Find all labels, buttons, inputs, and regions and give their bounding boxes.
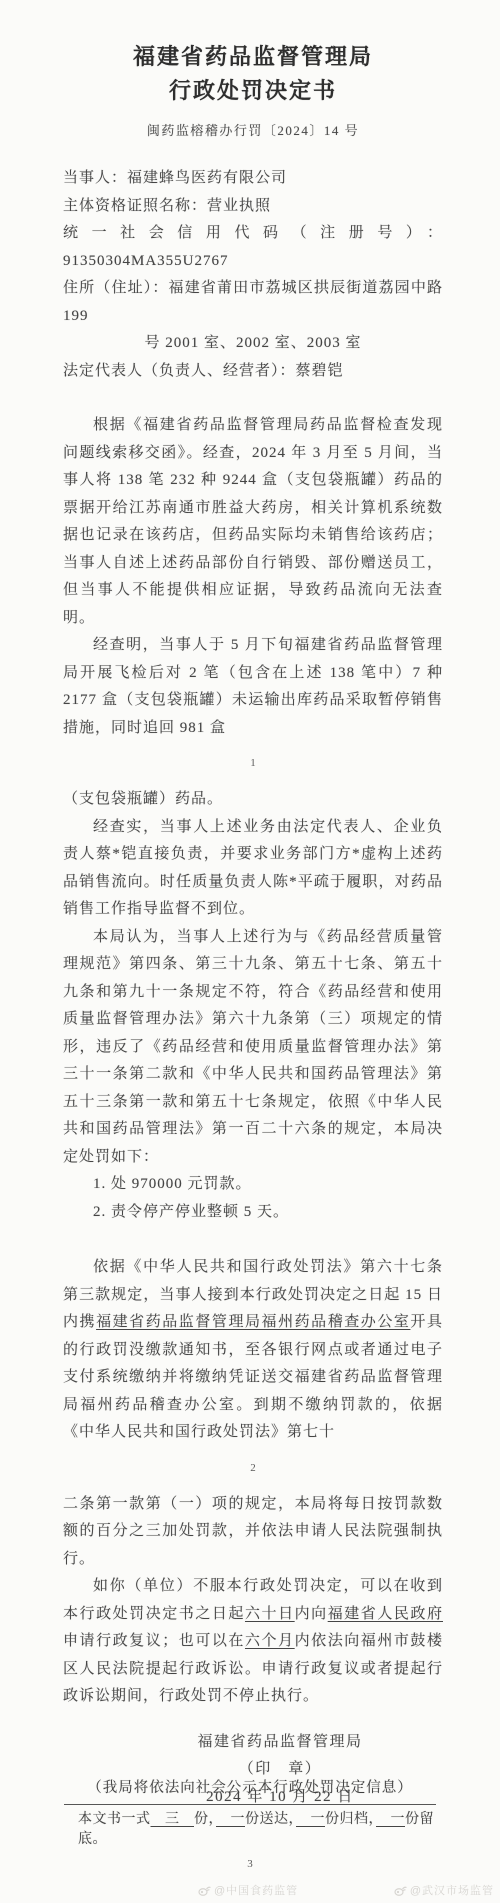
paragraph-facts-2b: （支包袋瓶罐）药品。 xyxy=(63,786,443,814)
paragraph-appeal: 如你（单位）不服本行政处罚决定，可以在收到本行政处罚决定书之日起六十日内向福建省… xyxy=(63,1573,443,1711)
appeal-government-underlined: 福建省人民政府 xyxy=(328,1606,443,1622)
document-footer: （我局将依法向社会公示本行政处罚决定信息） 本文书一式 三 份， 一份送达， 一… xyxy=(0,1776,500,1870)
paragraph-legal-basis: 本局认为，当事人上述行为与《药品经营质量管理规范》第四条、第三十九条、第五十七条… xyxy=(63,924,443,1172)
page-number-3: 3 xyxy=(0,1858,500,1870)
copies-text-1: 本文书一式 xyxy=(78,1812,151,1827)
watermark-right: @武汉市场监管 xyxy=(394,1882,494,1898)
doc-number: 闽药监榕稽办行罚〔2024〕14 号 xyxy=(63,120,443,139)
title-line-1: 福建省药品监督管理局 xyxy=(63,40,443,74)
paragraph-facts-1: 根据《福建省药品监督管理局药品监督检查发现问题线索移交函》。经查，2024 年 … xyxy=(63,412,443,632)
watermark-right-text: @武汉市场监管 xyxy=(410,1882,494,1898)
appeal-months-underlined: 六个月 xyxy=(245,1633,295,1649)
address-line-1: 住所（住址）：福建省莆田市荔城区拱辰街道荔园中路 199 xyxy=(63,275,443,330)
payment-office-underlined: 福建省药品监督管理局福州药品稽查办公室 xyxy=(96,1314,410,1330)
payment-text-2: 开具的行政罚没缴款通知书，至各银行网点或者通过电子支付系统缴纳并将缴纳凭证送交福… xyxy=(63,1314,443,1440)
legal-rep-line: 法定代表人（负责人、经营者）：蔡碧铠 xyxy=(63,358,443,386)
page-number-1: 1 xyxy=(63,757,443,769)
credit-code-line: 统一社会信用代码（注册号）：91350304MA355U2767 xyxy=(63,220,443,275)
penalty-item-2: 2. 责令停产停业整顿 5 天。 xyxy=(63,1199,443,1227)
watermark-left-text: @中国食药监管 xyxy=(214,1882,298,1898)
paragraph-facts-2a: 经查明，当事人于 5 月下旬福建省药品监督管理局开展飞检后对 2 笔（包含在上述… xyxy=(63,632,443,742)
document-page: 福建省药品监督管理局 行政处罚决定书 闽药监榕稽办行罚〔2024〕14 号 当事… xyxy=(0,0,500,1903)
copies-archive-underlined: 一 xyxy=(296,1812,325,1827)
signature-authority: 福建省药品监督管理局 xyxy=(155,1729,405,1757)
document-title: 福建省药品监督管理局 行政处罚决定书 xyxy=(63,40,443,108)
weibo-icon xyxy=(198,1885,211,1896)
copies-text-2: 份， xyxy=(194,1812,216,1827)
public-disclosure-notice: （我局将依法向社会公示本行政处罚决定信息） xyxy=(0,1776,500,1797)
paragraph-payment-cont: 二条第一款第（一）项的规定，本局将每日按罚款数额的百分之三加处罚款，并依法申请人… xyxy=(63,1491,443,1574)
watermark-left: @中国食药监管 xyxy=(198,1882,298,1898)
address-line-2: 号 2001 室、2002 室、2003 室 xyxy=(63,330,443,358)
penalty-item-1: 1. 处 970000 元罚款。 xyxy=(63,1171,443,1199)
footer-divider xyxy=(64,1804,436,1805)
appeal-text-2: 内向 xyxy=(295,1606,328,1622)
party-info-section: 当事人：福建蜂鸟医药有限公司 主体资格证照名称：营业执照 统一社会信用代码（注册… xyxy=(63,165,443,385)
copies-count-underlined: 三 xyxy=(151,1812,195,1827)
copies-delivery-underlined: 一 xyxy=(216,1812,245,1827)
title-line-2: 行政处罚决定书 xyxy=(63,74,443,108)
appeal-days-underlined: 六十日 xyxy=(245,1606,295,1622)
license-line: 主体资格证照名称：营业执照 xyxy=(63,193,443,221)
copies-retention-underlined: 一 xyxy=(376,1812,405,1827)
paragraph-payment: 依据《中华人民共和国行政处罚法》第六十七条第三款规定，当事人接到本行政处罚决定之… xyxy=(63,1254,443,1447)
copies-text-4: 份归档， xyxy=(325,1812,376,1827)
party-line: 当事人：福建蜂鸟医药有限公司 xyxy=(63,165,443,193)
page-number-2: 2 xyxy=(63,1462,443,1474)
copies-text-3: 份送达， xyxy=(245,1812,296,1827)
appeal-text-3: 申请行政复议；也可以在 xyxy=(63,1633,245,1649)
document-content: 福建省药品监督管理局 行政处罚决定书 闽药监榕稽办行罚〔2024〕14 号 当事… xyxy=(0,0,500,1811)
paragraph-responsibility: 经查实，当事人上述业务由法定代表人、企业负责人蔡*铠直接负责，并要求业务部门方*… xyxy=(63,814,443,924)
weibo-icon xyxy=(394,1885,407,1896)
copies-distribution-line: 本文书一式 三 份， 一份送达， 一份归档， 一份留底。 xyxy=(78,1808,443,1848)
